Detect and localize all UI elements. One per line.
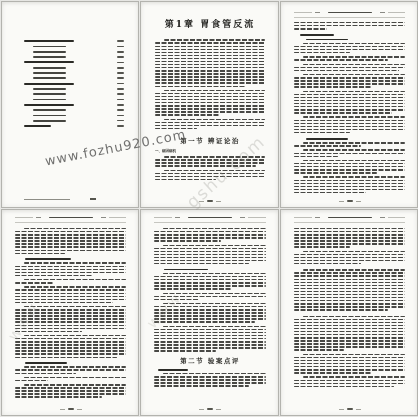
text-line <box>155 67 265 68</box>
toc-entry <box>24 40 74 42</box>
text-line <box>24 306 126 307</box>
toc-section-bar <box>33 99 66 101</box>
page-number <box>90 198 96 200</box>
text-line <box>155 159 265 160</box>
text-line <box>15 396 102 397</box>
text-line <box>294 129 405 130</box>
text-line <box>155 173 265 174</box>
text-line <box>155 64 265 65</box>
header-ornament-right <box>240 217 245 218</box>
text-line <box>303 74 405 75</box>
text-line <box>15 299 126 300</box>
text-line <box>294 126 405 127</box>
toc-row <box>24 115 124 117</box>
text-line <box>294 153 405 154</box>
text-line <box>154 276 266 277</box>
text-line <box>294 70 399 71</box>
text-line <box>154 335 266 336</box>
header-ornament-right <box>380 217 385 218</box>
text-line <box>294 237 405 238</box>
paragraph <box>154 293 266 302</box>
text-line <box>15 243 126 244</box>
paragraph <box>155 119 265 131</box>
text-line <box>294 86 372 87</box>
header-rule-right <box>109 217 127 218</box>
text-line <box>155 46 265 47</box>
text-line <box>15 250 126 251</box>
paragraph <box>15 377 126 383</box>
text-line <box>155 86 245 87</box>
text-line <box>15 275 93 276</box>
text-line <box>15 393 126 394</box>
page-footer <box>154 408 266 411</box>
text-line <box>15 240 126 241</box>
text-line <box>24 366 126 367</box>
toc-row <box>24 61 124 63</box>
chapter-title: 第1章 胃食管反流 <box>155 20 265 30</box>
paragraph <box>15 366 126 375</box>
text-line <box>155 70 265 71</box>
text-line <box>15 357 117 358</box>
text-line <box>15 318 126 319</box>
text-line <box>294 112 392 113</box>
text-line <box>294 334 405 335</box>
text-line <box>155 102 265 103</box>
paragraph <box>154 273 266 291</box>
header-ornament-left <box>36 217 41 218</box>
text-line <box>303 149 405 150</box>
paragraph <box>15 335 126 360</box>
text-line <box>303 142 405 143</box>
text-line <box>303 43 405 44</box>
text-line <box>303 269 405 270</box>
text-line <box>155 52 265 53</box>
running-header <box>294 10 405 18</box>
text-line <box>294 366 405 367</box>
text-line <box>15 344 126 345</box>
text-line <box>294 380 405 381</box>
text-line <box>154 385 249 386</box>
toc-entry <box>24 99 66 101</box>
header-rule-right <box>248 217 266 218</box>
page-footer <box>24 198 124 201</box>
footer-dash <box>339 201 344 202</box>
text-line <box>154 344 266 345</box>
text-line <box>154 234 266 235</box>
toc-page-number <box>117 40 124 42</box>
toc-entry <box>24 125 51 127</box>
text-line <box>294 183 405 184</box>
text-line <box>163 293 266 294</box>
text-line <box>294 28 327 29</box>
text-line <box>155 128 197 129</box>
toc-row <box>24 99 124 101</box>
text-line <box>154 279 266 280</box>
footer-dash <box>356 201 361 202</box>
text-line <box>294 337 405 338</box>
toc-page-number <box>117 125 124 127</box>
toc-chapter-bar <box>24 40 74 42</box>
text-line <box>155 58 265 59</box>
toc-row <box>24 72 124 74</box>
toc-page-number <box>117 93 124 95</box>
text-line <box>155 82 265 83</box>
text-line <box>163 303 266 304</box>
toc-row <box>24 67 124 69</box>
text-line <box>294 52 350 53</box>
footer-dash <box>356 409 361 410</box>
text-line <box>294 109 405 110</box>
text-line <box>303 64 405 65</box>
text-line <box>154 237 266 238</box>
text-line <box>154 260 266 261</box>
paragraph <box>154 373 266 388</box>
paragraph <box>15 286 126 304</box>
text-line <box>163 228 266 229</box>
text-line <box>154 282 266 283</box>
text-line <box>294 192 366 193</box>
text-line <box>15 328 126 329</box>
header-rule-left <box>154 217 172 218</box>
paragraph <box>294 354 405 376</box>
toc-section-bar <box>33 88 66 90</box>
text-line <box>294 22 405 23</box>
text-line <box>15 302 113 303</box>
paragraph <box>294 149 405 158</box>
text-line <box>15 347 126 348</box>
toc-row <box>24 104 124 106</box>
text-line <box>15 325 126 326</box>
text-line <box>15 353 126 354</box>
paragraph <box>294 228 405 250</box>
text-line <box>294 180 405 181</box>
paragraph <box>294 269 405 312</box>
page-footer <box>294 200 405 203</box>
text-line <box>15 246 126 247</box>
toc-section-bar <box>33 115 66 117</box>
header-rule-left <box>15 217 33 218</box>
text-line <box>155 61 265 62</box>
text-line <box>154 248 266 249</box>
toc-entry <box>24 56 66 58</box>
toc-chapter-bar <box>24 83 74 85</box>
scanned-book-spread: 第1章 胃食管反流第一节 辨证论治一、病因病机第二节 验案点评 www.fozh… <box>0 0 418 417</box>
text-line <box>154 309 266 310</box>
text-line <box>294 25 405 26</box>
text-line <box>303 251 405 252</box>
text-line <box>155 122 265 123</box>
text-line <box>155 105 265 106</box>
toc-entry <box>24 51 66 53</box>
text-line <box>294 100 405 101</box>
toc-row <box>24 93 124 95</box>
page-bottom-right <box>280 209 418 416</box>
toc-entry <box>24 46 66 48</box>
page-number <box>207 408 213 410</box>
text-line <box>154 379 266 380</box>
text-line <box>155 55 265 56</box>
section-heading: 第二节 验案点评 <box>154 358 266 365</box>
toc-page-number <box>117 67 124 69</box>
running-header-text <box>49 217 93 219</box>
text-line <box>24 228 126 229</box>
text-line <box>294 106 405 107</box>
text-line <box>155 125 265 126</box>
text-line <box>155 111 265 112</box>
text-line <box>163 245 266 246</box>
toc-page-number <box>117 62 124 64</box>
text-line <box>164 90 265 91</box>
text-line <box>155 165 256 166</box>
text-line <box>294 254 405 255</box>
text-line <box>154 254 266 255</box>
page-footer <box>294 408 405 411</box>
text-line <box>294 291 405 292</box>
text-line <box>154 251 266 252</box>
text-line <box>15 380 48 381</box>
page-number <box>207 200 213 202</box>
toc-chapter-bar <box>24 61 74 63</box>
toc-entry <box>24 67 66 69</box>
toc-row <box>24 109 124 111</box>
text-line <box>155 114 219 115</box>
text-line <box>294 172 377 173</box>
text-line <box>154 338 266 339</box>
chapter-title-page: 第1章 胃食管反流第一节 辨证论治一、病因病机 <box>140 1 279 208</box>
text-line <box>303 56 405 57</box>
text-line <box>294 83 405 84</box>
text-line <box>164 119 265 120</box>
text-line <box>303 316 405 317</box>
text-line <box>303 376 405 377</box>
toc-chapter-bar <box>24 104 74 106</box>
text-line <box>155 179 216 180</box>
text-line <box>294 234 405 235</box>
header-ornament-right <box>380 12 385 13</box>
text-line <box>155 73 265 74</box>
running-header-text <box>328 217 372 219</box>
running-header <box>15 215 126 223</box>
paragraph <box>15 228 126 256</box>
toc-entry <box>24 88 66 90</box>
toc-tail-bar <box>24 125 51 127</box>
text-line <box>15 369 126 370</box>
text-line <box>303 91 405 92</box>
paragraph <box>15 262 126 277</box>
text-line <box>294 123 405 124</box>
running-header-text <box>188 217 232 219</box>
toc-row <box>24 88 124 90</box>
paragraph <box>294 251 405 266</box>
text-line <box>294 80 405 81</box>
text-line <box>15 289 126 290</box>
page-bottom-left <box>1 209 139 416</box>
text-line <box>294 363 405 364</box>
text-line <box>24 384 126 385</box>
text-line <box>294 272 405 273</box>
text-line <box>294 328 405 329</box>
paragraph <box>294 43 405 55</box>
text-line <box>294 297 405 298</box>
paragraph <box>294 116 405 134</box>
text-line <box>154 382 266 383</box>
toc-row <box>24 46 124 48</box>
paragraph <box>15 279 126 285</box>
paragraph <box>155 90 265 118</box>
text-line <box>155 76 265 77</box>
text-line <box>294 357 405 358</box>
text-line <box>294 67 405 68</box>
paragraph <box>155 156 265 168</box>
text-line <box>15 312 126 313</box>
text-line <box>24 335 126 336</box>
text-line <box>155 42 265 43</box>
header-ornament-left <box>175 217 180 218</box>
page-footer <box>155 200 265 203</box>
paragraph <box>294 316 405 353</box>
running-header-text <box>328 12 372 14</box>
text-line <box>154 321 255 322</box>
text-line <box>154 296 266 297</box>
text-line <box>294 94 405 95</box>
toc-row <box>24 125 124 127</box>
text-line <box>294 331 405 332</box>
paragraph <box>154 326 266 354</box>
paragraph <box>15 384 126 399</box>
text-line <box>154 231 266 232</box>
toc-page-number <box>117 109 124 111</box>
text-line <box>294 243 405 244</box>
paragraph <box>15 306 126 334</box>
header-rule-left <box>294 12 312 13</box>
text-line <box>164 170 265 171</box>
text-line <box>294 103 405 104</box>
text-line <box>154 318 266 319</box>
toc-page-number <box>117 77 124 79</box>
text-line <box>15 315 126 316</box>
toc-entry <box>24 104 74 106</box>
text-line <box>155 49 265 50</box>
text-line <box>154 350 216 351</box>
text-line <box>294 186 405 187</box>
running-header <box>294 215 405 223</box>
text-line <box>15 282 54 283</box>
text-line <box>294 386 394 387</box>
text-line <box>294 372 372 373</box>
toc-page-number <box>117 104 124 106</box>
toc-page <box>1 1 139 208</box>
section-heading: 第一节 辨证论治 <box>155 138 265 145</box>
paragraph <box>294 64 405 73</box>
text-line <box>155 99 265 100</box>
toc-section-bar <box>33 120 66 122</box>
text-line <box>154 376 266 377</box>
text-line <box>303 116 405 117</box>
text-line <box>154 257 266 258</box>
page-grid: 第1章 胃食管反流第一节 辨证论治一、病因病机第二节 验案点评 <box>0 0 418 417</box>
text-line <box>15 237 126 238</box>
toc-section-bar <box>33 46 66 48</box>
text-line <box>24 262 126 263</box>
text-line <box>15 266 126 267</box>
toc-entry <box>24 61 74 63</box>
spacer <box>155 30 265 39</box>
toc-section-bar <box>33 109 66 111</box>
text-line <box>154 315 266 316</box>
page-top-right <box>280 1 418 208</box>
footer-dash <box>216 409 221 410</box>
toc-entry <box>24 72 66 74</box>
footer-dash <box>77 409 82 410</box>
text-line <box>294 282 405 283</box>
text-line <box>15 387 126 388</box>
text-line <box>294 322 405 323</box>
text-line <box>24 279 126 280</box>
toc-row <box>24 40 124 42</box>
text-line <box>294 275 405 276</box>
text-line <box>294 260 405 261</box>
text-line <box>294 303 405 304</box>
page-number <box>68 408 74 410</box>
text-line <box>294 169 405 170</box>
toc-entry <box>24 115 66 117</box>
toc-entry <box>24 109 66 111</box>
text-line <box>154 240 221 241</box>
toc-section-bar <box>33 56 66 58</box>
toc-entry <box>24 77 66 79</box>
toc-row <box>24 83 124 85</box>
header-rule-left <box>294 217 312 218</box>
text-line <box>294 319 405 320</box>
page-number <box>347 200 353 202</box>
text-line <box>294 263 361 264</box>
text-line <box>154 329 266 330</box>
text-line <box>294 279 405 280</box>
text-line <box>294 46 405 47</box>
text-line <box>15 296 126 297</box>
text-line <box>163 326 266 327</box>
text-line <box>294 325 405 326</box>
text-line <box>294 349 344 350</box>
paragraph <box>155 170 265 182</box>
text-line <box>294 166 405 167</box>
text-line <box>294 231 405 232</box>
text-line <box>294 340 405 341</box>
toc-row <box>24 56 124 58</box>
text-line <box>155 108 265 109</box>
header-ornament-right <box>101 217 106 218</box>
text-line <box>154 306 266 307</box>
footer-note <box>24 199 70 200</box>
text-line <box>15 341 126 342</box>
text-line <box>155 96 265 97</box>
text-line <box>24 286 126 287</box>
running-header <box>154 215 266 223</box>
text-line <box>15 338 126 339</box>
header-rule-right <box>388 217 406 218</box>
text-line <box>294 240 405 241</box>
toc-page-number <box>117 99 124 101</box>
text-line <box>15 390 126 391</box>
toc-page-number <box>117 83 124 85</box>
toc-page-number <box>117 115 124 117</box>
header-ornament-left <box>315 217 320 218</box>
text-line <box>294 383 405 384</box>
text-line <box>154 312 266 313</box>
text-line <box>294 132 350 133</box>
toc-page-number <box>117 51 124 53</box>
paragraph <box>155 39 265 88</box>
